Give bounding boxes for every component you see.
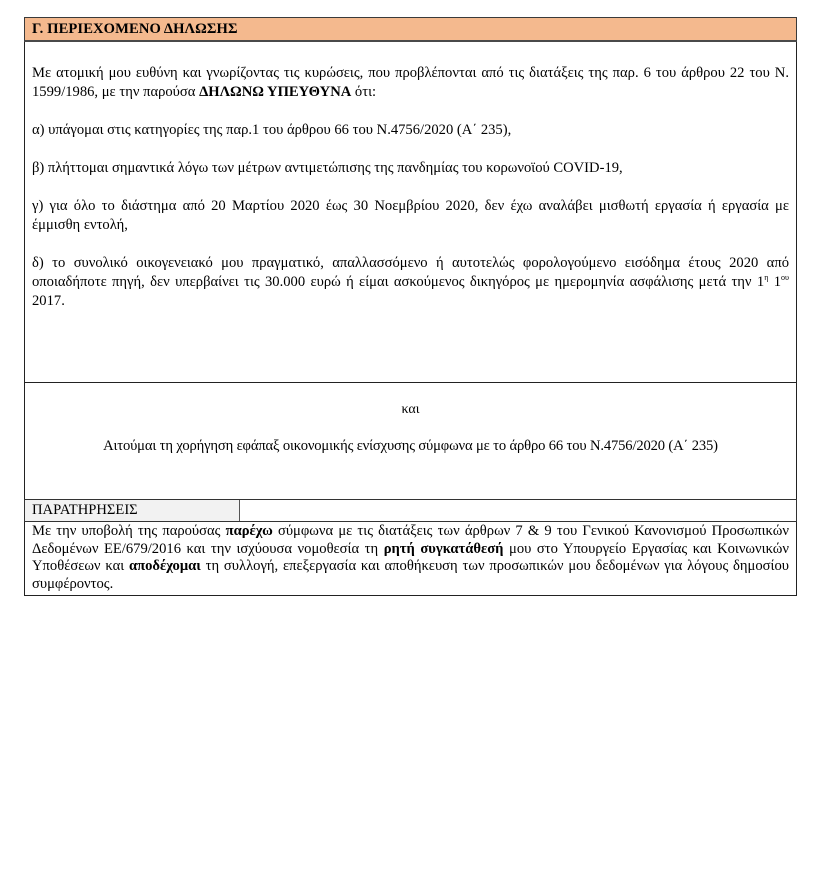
request-text: Αιτούμαι τη χορήγηση εφάπαξ οικονομικής … bbox=[25, 438, 796, 455]
consent-section: Με την υποβολή της παρούσας παρέχω σύμφω… bbox=[24, 522, 797, 596]
intro-text: Με ατομική μου ευθύνη και γνωρίζοντας τι… bbox=[32, 65, 789, 100]
item-d-text: δ) το συνολικό οικογενειακό μου πραγματι… bbox=[32, 255, 789, 290]
declaration-intro: Με ατομική μου ευθύνη και γνωρίζοντας τι… bbox=[32, 64, 789, 102]
declaration-content: Με ατομική μου ευθύνη και γνωρίζοντας τι… bbox=[24, 42, 797, 383]
conjunction-text: και bbox=[25, 402, 796, 418]
item-d-text-2: 1 bbox=[768, 274, 781, 290]
declaration-item-a: α) υπάγομαι στις κατηγορίες της παρ.1 το… bbox=[32, 121, 789, 140]
remarks-field[interactable] bbox=[240, 500, 796, 521]
declaration-item-b: β) πλήττομαι σημαντικά λόγω των μέτρων α… bbox=[32, 159, 789, 178]
intro-text-end: ότι: bbox=[351, 84, 376, 100]
consent-bold-accept: αποδέχομαι bbox=[129, 558, 201, 574]
item-d-superscript-2: ου bbox=[781, 273, 789, 282]
consent-text: Με την υποβολή της παρούσας παρέχω σύμφω… bbox=[32, 523, 789, 593]
section-title: Γ. ΠΕΡΙΕΧΟΜΕΝΟ ΔΗΛΩΣΗΣ bbox=[24, 17, 797, 42]
remarks-row: ΠΑΡΑΤΗΡΗΣΕΙΣ bbox=[24, 499, 797, 522]
declaration-form: Γ. ΠΕΡΙΕΧΟΜΕΝΟ ΔΗΛΩΣΗΣ Με ατομική μου ευ… bbox=[24, 17, 797, 596]
request-section: και Αιτούμαι τη χορήγηση εφάπαξ οικονομι… bbox=[24, 383, 797, 499]
remarks-label: ΠΑΡΑΤΗΡΗΣΕΙΣ bbox=[25, 500, 240, 521]
consent-text-part: Με την υποβολή της παρούσας bbox=[32, 523, 226, 539]
item-d-text-3: 2017. bbox=[32, 293, 65, 309]
declaration-item-d: δ) το συνολικό οικογενειακό μου πραγματι… bbox=[32, 254, 789, 311]
consent-bold-provide: παρέχω bbox=[226, 523, 273, 539]
declaration-item-c: γ) για όλο το διάστημα από 20 Μαρτίου 20… bbox=[32, 197, 789, 235]
intro-bold-text: ΔΗΛΩΝΩ ΥΠΕΥΘΥΝΑ bbox=[199, 84, 351, 100]
consent-bold-explicit-consent: ρητή συγκατάθεσή bbox=[384, 541, 504, 557]
